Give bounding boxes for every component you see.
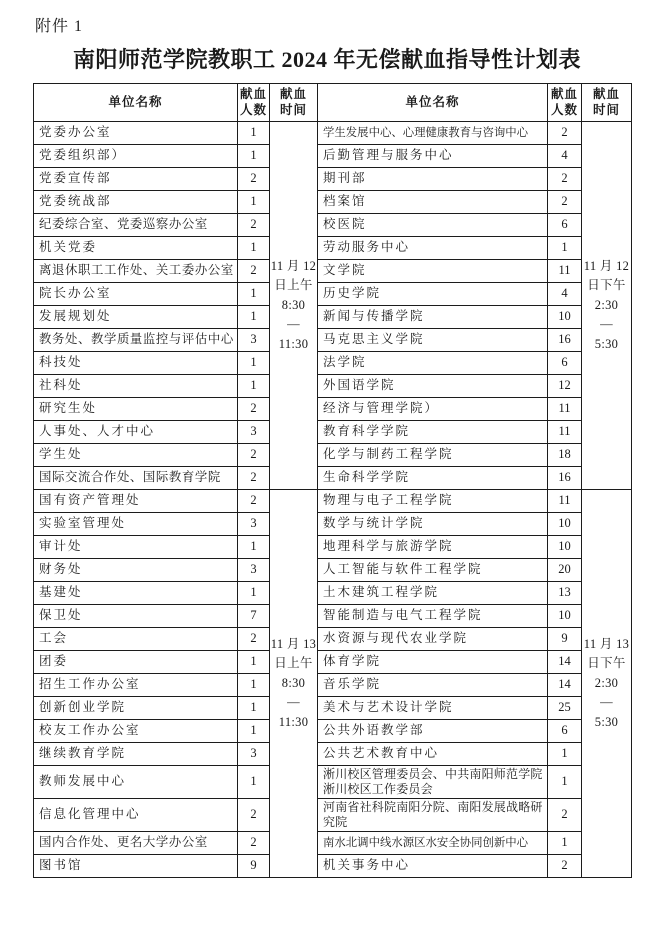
unit-cell: 审计处 [34,536,238,559]
table-row: 院长办公室1历史学院4 [34,283,632,306]
unit-cell: 图书馆 [34,855,238,878]
unit-cell: 国内合作处、更名大学办公室 [34,832,238,855]
count-cell: 16 [548,329,582,352]
count-cell: 3 [238,743,270,766]
header-line: 单位名称 [34,95,237,111]
table-row: 国有资产管理处211 月 13日上午8:30—11:30物理与电子工程学院111… [34,490,632,513]
count-cell: 3 [238,329,270,352]
table-row: 离退休职工工作处、关工委办公室2文学院11 [34,260,632,283]
unit-cell: 体育学院 [318,651,548,674]
count-cell: 1 [238,283,270,306]
table-header: 单位名称献血人数献血时间单位名称献血人数献血时间 [34,84,632,122]
unit-cell: 保卫处 [34,605,238,628]
header-line: 时间 [582,103,631,119]
table-row: 人事处、人才中心3教育科学学院11 [34,421,632,444]
unit-cell: 数学与统计学院 [318,513,548,536]
header-line: 献血 [238,87,269,103]
count-cell: 9 [548,628,582,651]
count-cell: 1 [238,720,270,743]
time-line: 5:30 [582,335,631,354]
table-row: 招生工作办公室1音乐学院14 [34,674,632,697]
unit-cell: 招生工作办公室 [34,674,238,697]
time-cell: 11 月 12日下午2:30—5:30 [582,122,632,490]
time-cell: 11 月 13日下午2:30—5:30 [582,490,632,878]
count-cell: 2 [238,832,270,855]
time-line: — [582,315,631,334]
unit-cell: 科技处 [34,352,238,375]
unit-cell: 化学与制药工程学院 [318,444,548,467]
unit-cell: 人工智能与软件工程学院 [318,559,548,582]
header-row: 单位名称献血人数献血时间单位名称献血人数献血时间 [34,84,632,122]
unit-cell: 信息化管理中心 [34,799,238,832]
count-cell: 1 [238,766,270,799]
table-row: 审计处1地理科学与旅游学院10 [34,536,632,559]
table-row: 信息化管理中心2河南省社科院南阳分院、南阳发展战略研究院2 [34,799,632,832]
unit-cell: 教育科学学院 [318,421,548,444]
count-cell: 2 [238,168,270,191]
time-line: 8:30 [270,296,317,315]
count-cell: 2 [548,122,582,145]
table-row: 实验室管理处3数学与统计学院10 [34,513,632,536]
header-line: 献血 [548,87,581,103]
count-cell: 12 [548,375,582,398]
table-row: 团委1体育学院14 [34,651,632,674]
header-line: 单位名称 [318,95,547,111]
count-cell: 14 [548,674,582,697]
count-cell: 1 [548,766,582,799]
time-cell: 11 月 13日上午8:30—11:30 [270,490,318,878]
unit-cell: 发展规划处 [34,306,238,329]
count-cell: 25 [548,697,582,720]
table-row: 社科处1外国语学院12 [34,375,632,398]
count-cell: 2 [238,214,270,237]
unit-cell: 生命科学学院 [318,467,548,490]
unit-cell: 研究生处 [34,398,238,421]
count-cell: 10 [548,513,582,536]
count-cell: 11 [548,260,582,283]
count-cell: 1 [238,122,270,145]
count-cell: 4 [548,283,582,306]
count-cell: 2 [548,191,582,214]
unit-cell: 法学院 [318,352,548,375]
table-row: 党委统战部1档案馆2 [34,191,632,214]
unit-cell: 学生处 [34,444,238,467]
unit-cell: 教务处、教学质量监控与评估中心 [34,329,238,352]
count-cell: 1 [238,145,270,168]
table-row: 教师发展中心1淅川校区管理委员会、中共南阳师范学院淅川校区工作委员会1 [34,766,632,799]
unit-cell: 美术与艺术设计学院 [318,697,548,720]
time-line: 11 月 13 [270,635,317,654]
unit-cell: 实验室管理处 [34,513,238,536]
unit-cell: 创新创业学院 [34,697,238,720]
unit-cell: 水资源与现代农业学院 [318,628,548,651]
table-row: 创新创业学院1美术与艺术设计学院25 [34,697,632,720]
unit-cell: 党委办公室 [34,122,238,145]
unit-cell: 校医院 [318,214,548,237]
header-cell: 单位名称 [34,84,238,122]
header-cell: 献血人数 [548,84,582,122]
table-row: 保卫处7智能制造与电气工程学院10 [34,605,632,628]
unit-cell: 期刊部 [318,168,548,191]
time-line: 11 月 12 [270,257,317,276]
table-row: 国内合作处、更名大学办公室2南水北调中线水源区水安全协同创新中心1 [34,832,632,855]
time-line: 8:30 [270,674,317,693]
count-cell: 7 [238,605,270,628]
count-cell: 11 [548,490,582,513]
table-row: 党委办公室111 月 12日上午8:30—11:30学生发展中心、心理健康教育与… [34,122,632,145]
header-line: 人数 [548,103,581,119]
table-row: 科技处1法学院6 [34,352,632,375]
count-cell: 2 [238,799,270,832]
time-line: — [582,693,631,712]
unit-cell: 南水北调中线水源区水安全协同创新中心 [318,832,548,855]
count-cell: 10 [548,536,582,559]
unit-cell: 淅川校区管理委员会、中共南阳师范学院淅川校区工作委员会 [318,766,548,799]
unit-cell: 财务处 [34,559,238,582]
unit-cell: 院长办公室 [34,283,238,306]
unit-cell: 物理与电子工程学院 [318,490,548,513]
count-cell: 1 [238,237,270,260]
count-cell: 14 [548,651,582,674]
count-cell: 1 [238,306,270,329]
table-row: 纪委综合室、党委巡察办公室2校医院6 [34,214,632,237]
unit-cell: 离退休职工工作处、关工委办公室 [34,260,238,283]
table-row: 财务处3人工智能与软件工程学院20 [34,559,632,582]
count-cell: 1 [238,651,270,674]
unit-cell: 工会 [34,628,238,651]
time-line: 2:30 [582,296,631,315]
header-line: 人数 [238,103,269,119]
page-title: 南阳师范学院教职工 2024 年无偿献血指导性计划表 [0,43,654,74]
time-line: 日上午 [270,276,317,295]
count-cell: 10 [548,306,582,329]
unit-cell: 国际交流合作处、国际教育学院 [34,467,238,490]
count-cell: 11 [548,421,582,444]
unit-cell: 基建处 [34,582,238,605]
time-line: 日上午 [270,654,317,673]
unit-cell: 机关党委 [34,237,238,260]
table-row: 党委组织部）1后勤管理与服务中心4 [34,145,632,168]
count-cell: 16 [548,467,582,490]
count-cell: 2 [238,398,270,421]
table-row: 学生处2化学与制药工程学院18 [34,444,632,467]
count-cell: 4 [548,145,582,168]
count-cell: 2 [238,467,270,490]
header-line: 时间 [270,103,317,119]
unit-cell: 学生发展中心、心理健康教育与咨询中心 [318,122,548,145]
count-cell: 2 [238,628,270,651]
count-cell: 1 [238,191,270,214]
unit-cell: 档案馆 [318,191,548,214]
time-line: 日下午 [582,654,631,673]
attachment-label: 附件 1 [35,13,654,36]
unit-cell: 公共艺术教育中心 [318,743,548,766]
time-line: 11 月 13 [582,635,631,654]
time-line: 11:30 [270,713,317,732]
header-line: 献血 [270,87,317,103]
header-cell: 献血时间 [582,84,632,122]
count-cell: 10 [548,605,582,628]
unit-cell: 校友工作办公室 [34,720,238,743]
time-line: — [270,693,317,712]
unit-cell: 劳动服务中心 [318,237,548,260]
time-line: — [270,315,317,334]
time-line: 2:30 [582,674,631,693]
table-row: 党委宣传部2期刊部2 [34,168,632,191]
unit-cell: 团委 [34,651,238,674]
time-line: 11:30 [270,335,317,354]
time-line: 11 月 12 [582,257,631,276]
table-row: 图书馆9机关事务中心2 [34,855,632,878]
unit-cell: 河南省社科院南阳分院、南阳发展战略研究院 [318,799,548,832]
unit-cell: 党委组织部） [34,145,238,168]
table-row: 发展规划处1新闻与传播学院10 [34,306,632,329]
donation-plan-table: 单位名称献血人数献血时间单位名称献血人数献血时间 党委办公室111 月 12日上… [33,83,632,878]
unit-cell: 音乐学院 [318,674,548,697]
table-row: 校友工作办公室1公共外语教学部6 [34,720,632,743]
count-cell: 3 [238,559,270,582]
table-row: 教务处、教学质量监控与评估中心3马克思主义学院16 [34,329,632,352]
header-line: 献血 [582,87,631,103]
unit-cell: 后勤管理与服务中心 [318,145,548,168]
unit-cell: 新闻与传播学院 [318,306,548,329]
time-line: 日下午 [582,276,631,295]
count-cell: 2 [548,168,582,191]
unit-cell: 外国语学院 [318,375,548,398]
header-cell: 献血时间 [270,84,318,122]
unit-cell: 人事处、人才中心 [34,421,238,444]
count-cell: 6 [548,214,582,237]
count-cell: 13 [548,582,582,605]
unit-cell: 继续教育学院 [34,743,238,766]
table-row: 基建处1土木建筑工程学院13 [34,582,632,605]
unit-cell: 党委宣传部 [34,168,238,191]
count-cell: 6 [548,352,582,375]
count-cell: 20 [548,559,582,582]
unit-cell: 国有资产管理处 [34,490,238,513]
count-cell: 1 [238,582,270,605]
count-cell: 9 [238,855,270,878]
count-cell: 6 [548,720,582,743]
count-cell: 1 [548,237,582,260]
time-cell: 11 月 12日上午8:30—11:30 [270,122,318,490]
table-row: 研究生处2经济与管理学院）11 [34,398,632,421]
table-body: 党委办公室111 月 12日上午8:30—11:30学生发展中心、心理健康教育与… [34,122,632,878]
unit-cell: 纪委综合室、党委巡察办公室 [34,214,238,237]
count-cell: 1 [548,743,582,766]
table-row: 继续教育学院3公共艺术教育中心1 [34,743,632,766]
unit-cell: 机关事务中心 [318,855,548,878]
count-cell: 1 [238,697,270,720]
count-cell: 2 [238,490,270,513]
count-cell: 11 [548,398,582,421]
count-cell: 1 [548,832,582,855]
count-cell: 1 [238,674,270,697]
unit-cell: 文学院 [318,260,548,283]
count-cell: 3 [238,513,270,536]
time-line: 5:30 [582,713,631,732]
unit-cell: 土木建筑工程学院 [318,582,548,605]
table-row: 国际交流合作处、国际教育学院2生命科学学院16 [34,467,632,490]
count-cell: 1 [238,352,270,375]
unit-cell: 党委统战部 [34,191,238,214]
document-page: 附件 1 南阳师范学院教职工 2024 年无偿献血指导性计划表 单位名称献血人数… [0,0,654,940]
count-cell: 1 [238,375,270,398]
unit-cell: 社科处 [34,375,238,398]
unit-cell: 智能制造与电气工程学院 [318,605,548,628]
unit-cell: 地理科学与旅游学院 [318,536,548,559]
count-cell: 18 [548,444,582,467]
header-cell: 单位名称 [318,84,548,122]
table-row: 工会2水资源与现代农业学院9 [34,628,632,651]
unit-cell: 教师发展中心 [34,766,238,799]
count-cell: 2 [238,444,270,467]
unit-cell: 历史学院 [318,283,548,306]
header-cell: 献血人数 [238,84,270,122]
table-row: 机关党委1劳动服务中心1 [34,237,632,260]
count-cell: 2 [548,855,582,878]
count-cell: 3 [238,421,270,444]
count-cell: 2 [238,260,270,283]
count-cell: 2 [548,799,582,832]
unit-cell: 马克思主义学院 [318,329,548,352]
unit-cell: 公共外语教学部 [318,720,548,743]
unit-cell: 经济与管理学院） [318,398,548,421]
count-cell: 1 [238,536,270,559]
